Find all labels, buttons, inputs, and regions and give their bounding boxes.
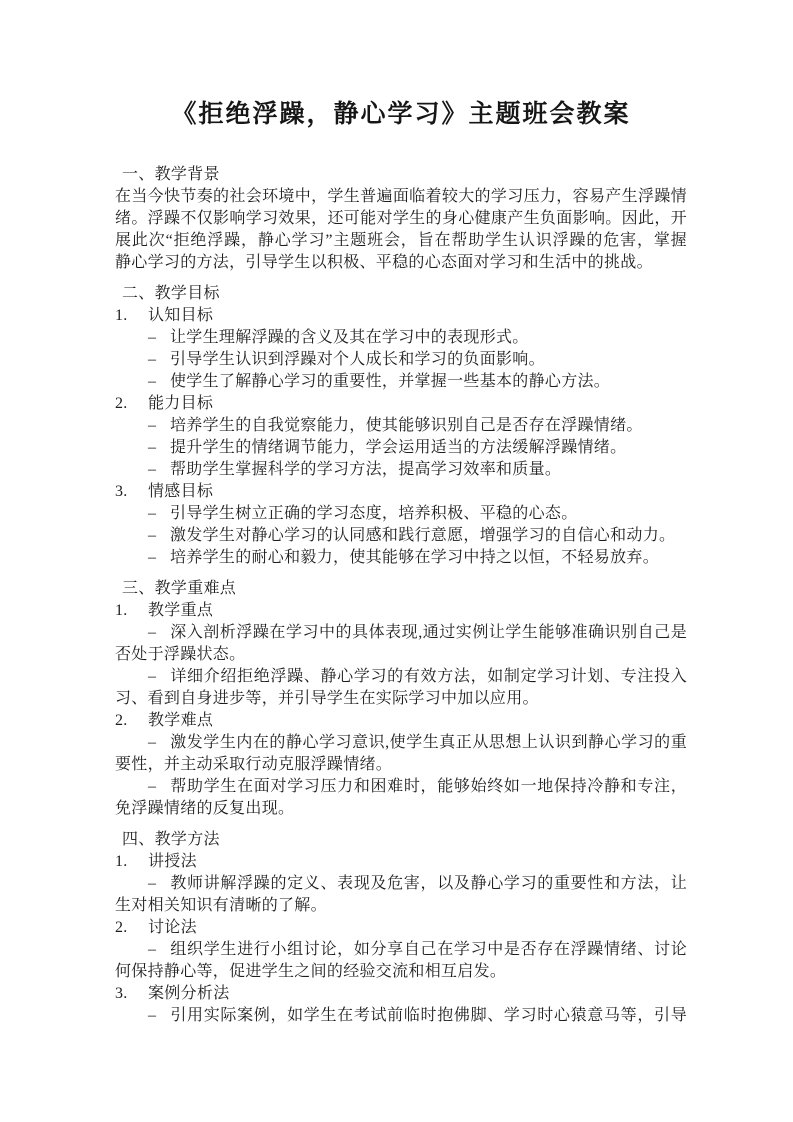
bullet-dash: – <box>148 327 170 349</box>
bullet-line: –培养学生的自我觉察能力，使其能够识别自己是否存在浮躁情绪。 <box>115 415 687 437</box>
item-title: 情感目标 <box>148 483 213 500</box>
item-number: 3. <box>115 983 148 1005</box>
continuation-line: 何保持静心等，促进学生之间的经验交流和相互启发。 <box>115 961 687 983</box>
item-number: 2. <box>115 917 148 939</box>
bullet-dash: – <box>148 503 170 525</box>
bullet-dash: – <box>148 939 170 961</box>
bullet-text: 培养学生的自我觉察能力，使其能够识别自己是否存在浮躁情绪。 <box>170 417 643 434</box>
bullet-text: 组织学生进行小组讨论，如分享自己在学习中是否存在浮躁情绪、讨论如 <box>115 941 687 961</box>
numbered-item: 3.案例分析法 <box>115 983 687 1005</box>
paragraph-line: 绪。浮躁不仅影响学习效果，还可能对学生的身心健康产生负面影响。因此，开 <box>115 208 687 230</box>
item-title: 认知目标 <box>148 307 213 324</box>
continuation-line: 生对相关知识有清晰的了解。 <box>115 895 687 917</box>
bullet-line: –让学生理解浮躁的含义及其在学习中的表现形式。 <box>115 327 687 349</box>
section-heading: 三、教学重难点 <box>115 578 687 600</box>
section: 二、教学目标1.认知目标–让学生理解浮躁的含义及其在学习中的表现形式。–引导学生… <box>115 283 687 569</box>
bullet-dash: – <box>148 666 170 688</box>
bullet-text: 激发学生内在的静心学习意识,使学生真正从思想上认识到静心学习的重 <box>170 734 687 751</box>
bullet-line: –激发学生对静心学习的认同感和践行意愿，增强学习的自信心和动力。 <box>115 525 687 547</box>
bullet-line: –帮助学生掌握科学的学习方法，提高学习效率和质量。 <box>115 459 687 481</box>
bullet-text: 深入剖析浮躁在学习中的具体表现,通过实例让学生能够准确识别自己是 <box>170 624 687 641</box>
bullet-dash: – <box>148 415 170 437</box>
document-content: 《拒绝浮躁，静心学习》主题班会教案 一、教学背景在当今快节奏的社会环境中，学生普… <box>0 0 793 1027</box>
numbered-item: 2.教学难点 <box>115 710 687 732</box>
bullet-line: –教师讲解浮躁的定义、表现及危害，以及静心学习的重要性和方法，让学 <box>115 873 687 895</box>
bullet-dash: – <box>148 525 170 547</box>
bullet-text: 提升学生的情绪调节能力，学会运用适当的方法缓解浮躁情绪。 <box>170 439 626 456</box>
bullet-dash: – <box>148 873 170 895</box>
numbered-item: 3.情感目标 <box>115 481 687 503</box>
bullet-dash: – <box>148 437 170 459</box>
paragraph-line: 静心学习的方法，引导学生以积极、平稳的心态面对学习和生活中的挑战。 <box>115 252 687 274</box>
item-title: 讨论法 <box>148 919 197 936</box>
bullet-line: –提升学生的情绪调节能力，学会运用适当的方法缓解浮躁情绪。 <box>115 437 687 459</box>
bullet-dash: – <box>148 459 170 481</box>
bullet-dash: – <box>148 776 170 798</box>
numbered-item: 2.讨论法 <box>115 917 687 939</box>
bullet-line: –引用实际案例，如学生在考试前临时抱佛脚、学习时心猿意马等，引导学 <box>115 1005 687 1027</box>
bullet-line: –帮助学生在面对学习压力和困难时，能够始终如一地保持冷静和专注，避 <box>115 776 687 798</box>
bullet-line: –深入剖析浮躁在学习中的具体表现,通过实例让学生能够准确识别自己是 <box>115 622 687 644</box>
item-number: 3. <box>115 481 148 503</box>
section: 一、教学背景在当今快节奏的社会环境中，学生普遍面临着较大的学习压力，容易产生浮躁… <box>115 164 687 274</box>
continuation-line: 否处于浮躁状态。 <box>115 644 687 666</box>
bullet-text: 激发学生对静心学习的认同感和践行意愿，增强学习的自信心和动力。 <box>170 527 675 544</box>
bullet-text: 帮助学生在面对学习压力和困难时，能够始终如一地保持冷静和专注，避 <box>115 778 687 798</box>
section-heading: 一、教学背景 <box>115 164 687 186</box>
bullet-text: 帮助学生掌握科学的学习方法，提高学习效率和质量。 <box>170 461 561 478</box>
paragraph-line: 在当今快节奏的社会环境中，学生普遍面临着较大的学习压力，容易产生浮躁情 <box>115 186 687 208</box>
document-page: 《拒绝浮躁，静心学习》主题班会教案 一、教学背景在当今快节奏的社会环境中，学生普… <box>0 0 793 1122</box>
bullet-line: –引导学生树立正确的学习态度，培养积极、平稳的心态。 <box>115 503 687 525</box>
continuation-line: 要性，并主动采取行动克服浮躁情绪。 <box>115 754 687 776</box>
item-number: 1. <box>115 305 148 327</box>
item-title: 讲授法 <box>148 853 197 870</box>
document-title: 《拒绝浮躁，静心学习》主题班会教案 <box>115 100 687 130</box>
document-body: 一、教学背景在当今快节奏的社会环境中，学生普遍面临着较大的学习压力，容易产生浮躁… <box>115 164 687 1027</box>
section-heading: 二、教学目标 <box>115 283 687 305</box>
paragraph-line: 展此次“拒绝浮躁，静心学习”主题班会，旨在帮助学生认识浮躁的危害，掌握 <box>115 230 687 252</box>
item-title: 能力目标 <box>148 395 213 412</box>
bullet-text: 教师讲解浮躁的定义、表现及危害，以及静心学习的重要性和方法，让学 <box>115 875 687 895</box>
bullet-text: 详细介绍拒绝浮躁、静心学习的有效方法，如制定学习计划、专注投入学 <box>115 668 687 688</box>
bullet-dash: – <box>148 622 170 644</box>
bullet-text: 使学生了解静心学习的重要性，并掌握一些基本的静心方法。 <box>170 373 610 390</box>
bullet-line: –激发学生内在的静心学习意识,使学生真正从思想上认识到静心学习的重 <box>115 732 687 754</box>
bullet-dash: – <box>148 1005 170 1027</box>
item-title: 教学难点 <box>148 712 213 729</box>
item-title: 教学重点 <box>148 602 213 619</box>
bullet-dash: – <box>148 349 170 371</box>
continuation-line: 习、看到自身进步等，并引导学生在实际学习中加以应用。 <box>115 688 687 710</box>
section: 四、教学方法1.讲授法–教师讲解浮躁的定义、表现及危害，以及静心学习的重要性和方… <box>115 829 687 1027</box>
bullet-line: –组织学生进行小组讨论，如分享自己在学习中是否存在浮躁情绪、讨论如 <box>115 939 687 961</box>
item-number: 1. <box>115 600 148 622</box>
item-title: 案例分析法 <box>148 985 230 1002</box>
bullet-text: 培养学生的耐心和毅力，使其能够在学习中持之以恒，不轻易放弃。 <box>170 549 659 566</box>
item-number: 1. <box>115 851 148 873</box>
numbered-item: 2.能力目标 <box>115 393 687 415</box>
section-heading: 四、教学方法 <box>115 829 687 851</box>
bullet-dash: – <box>148 371 170 393</box>
continuation-line: 免浮躁情绪的反复出现。 <box>115 798 687 820</box>
bullet-line: –引导学生认识到浮躁对个人成长和学习的负面影响。 <box>115 349 687 371</box>
bullet-dash: – <box>148 732 170 754</box>
bullet-text: 引导学生认识到浮躁对个人成长和学习的负面影响。 <box>170 351 545 368</box>
bullet-line: –详细介绍拒绝浮躁、静心学习的有效方法，如制定学习计划、专注投入学 <box>115 666 687 688</box>
numbered-item: 1.教学重点 <box>115 600 687 622</box>
bullet-text: 让学生理解浮躁的含义及其在学习中的表现形式。 <box>170 329 529 346</box>
numbered-item: 1.讲授法 <box>115 851 687 873</box>
bullet-dash: – <box>148 547 170 569</box>
item-number: 2. <box>115 710 148 732</box>
bullet-text: 引导学生树立正确的学习态度，培养积极、平稳的心态。 <box>170 505 578 522</box>
numbered-item: 1.认知目标 <box>115 305 687 327</box>
bullet-line: –使学生了解静心学习的重要性，并掌握一些基本的静心方法。 <box>115 371 687 393</box>
bullet-line: –培养学生的耐心和毅力，使其能够在学习中持之以恒，不轻易放弃。 <box>115 547 687 569</box>
bullet-text: 引用实际案例，如学生在考试前临时抱佛脚、学习时心猿意马等，引导学 <box>115 1007 687 1027</box>
item-number: 2. <box>115 393 148 415</box>
section: 三、教学重难点1.教学重点–深入剖析浮躁在学习中的具体表现,通过实例让学生能够准… <box>115 578 687 820</box>
